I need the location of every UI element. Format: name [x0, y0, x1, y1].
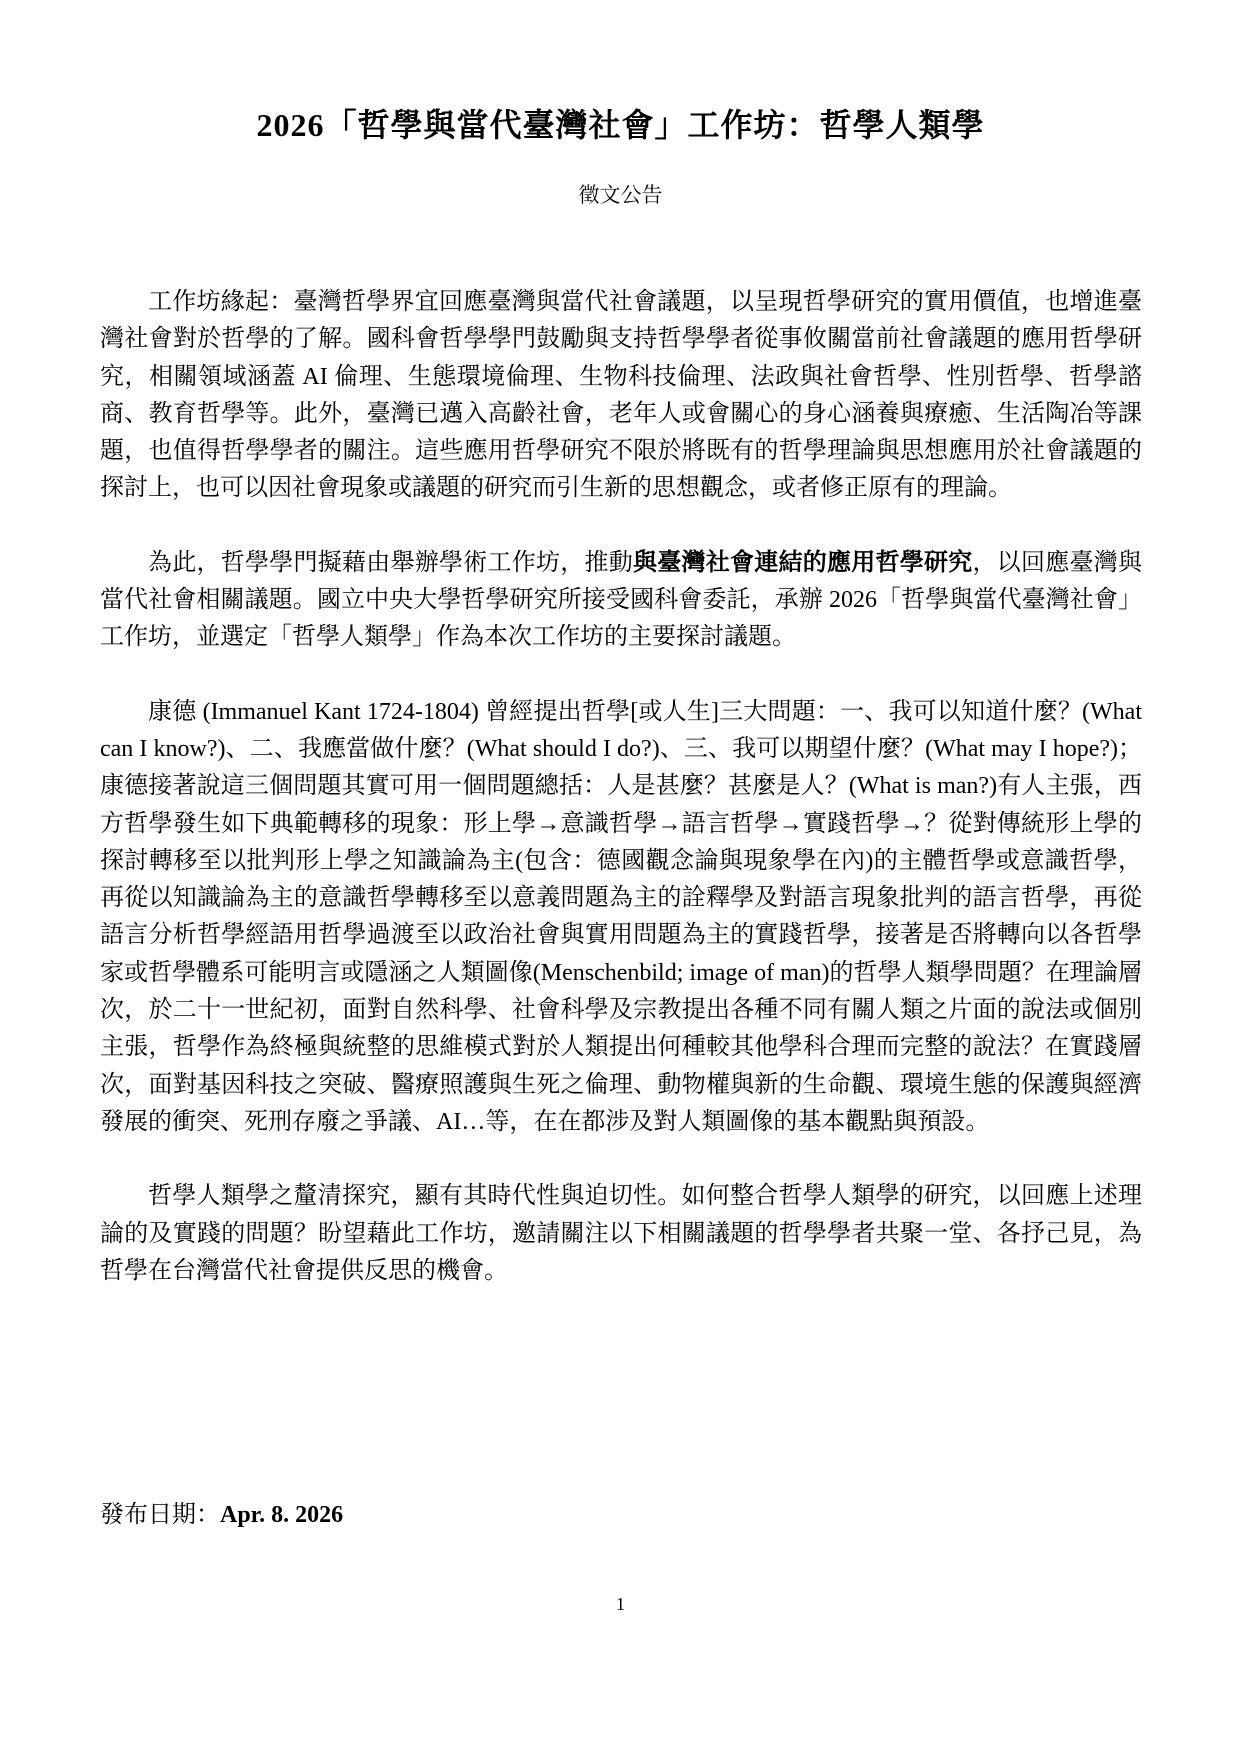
paragraph: 為此，哲學學門擬藉由舉辦學術工作坊，推動與臺灣社會連結的應用哲學研究，以回應臺灣…: [100, 545, 1142, 657]
publish-date-line: 發布日期：Apr. 8. 2026: [100, 1494, 343, 1529]
paragraph: 工作坊緣起：臺灣哲學界宜回應臺灣與當代社會議題，以呈現哲學研究的實用價值，也增進…: [100, 284, 1142, 508]
document-subtitle: 徵文公告: [0, 179, 1241, 209]
paragraph: 康德 (Immanuel Kant 1724-1804) 曾經提出哲學[或人生]…: [100, 694, 1142, 1142]
paragraph-text-bold: 與臺灣社會連結的應用哲學研究: [633, 550, 973, 576]
publish-date-label: 發布日期：: [100, 1502, 220, 1528]
document-page: 2026「哲學與當代臺灣社會」工作坊：哲學人類學 徵文公告 工作坊緣起：臺灣哲學…: [0, 0, 1241, 1755]
paragraph-text: 哲學人類學之釐清探究，顯有其時代性與迫切性。如何整合哲學人類學的研究，以回應上述…: [100, 1183, 1142, 1284]
paragraph: 哲學人類學之釐清探究，顯有其時代性與迫切性。如何整合哲學人類學的研究，以回應上述…: [100, 1178, 1142, 1290]
publish-date-value: Apr. 8. 2026: [220, 1502, 343, 1528]
paragraph-text: 工作坊緣起：臺灣哲學界宜回應臺灣與當代社會議題，以呈現哲學研究的實用價值，也增進…: [100, 289, 1142, 501]
document-body: 工作坊緣起：臺灣哲學界宜回應臺灣與當代社會議題，以呈現哲學研究的實用價值，也增進…: [100, 284, 1142, 1290]
page-number: 1: [0, 1594, 1241, 1615]
paragraph-text: 為此，哲學學門擬藉由舉辦學術工作坊，推動: [148, 550, 633, 576]
paragraph-text: 康德 (Immanuel Kant 1724-1804) 曾經提出哲學[或人生]…: [100, 699, 1142, 1135]
document-title: 2026「哲學與當代臺灣社會」工作坊：哲學人類學: [0, 100, 1241, 146]
